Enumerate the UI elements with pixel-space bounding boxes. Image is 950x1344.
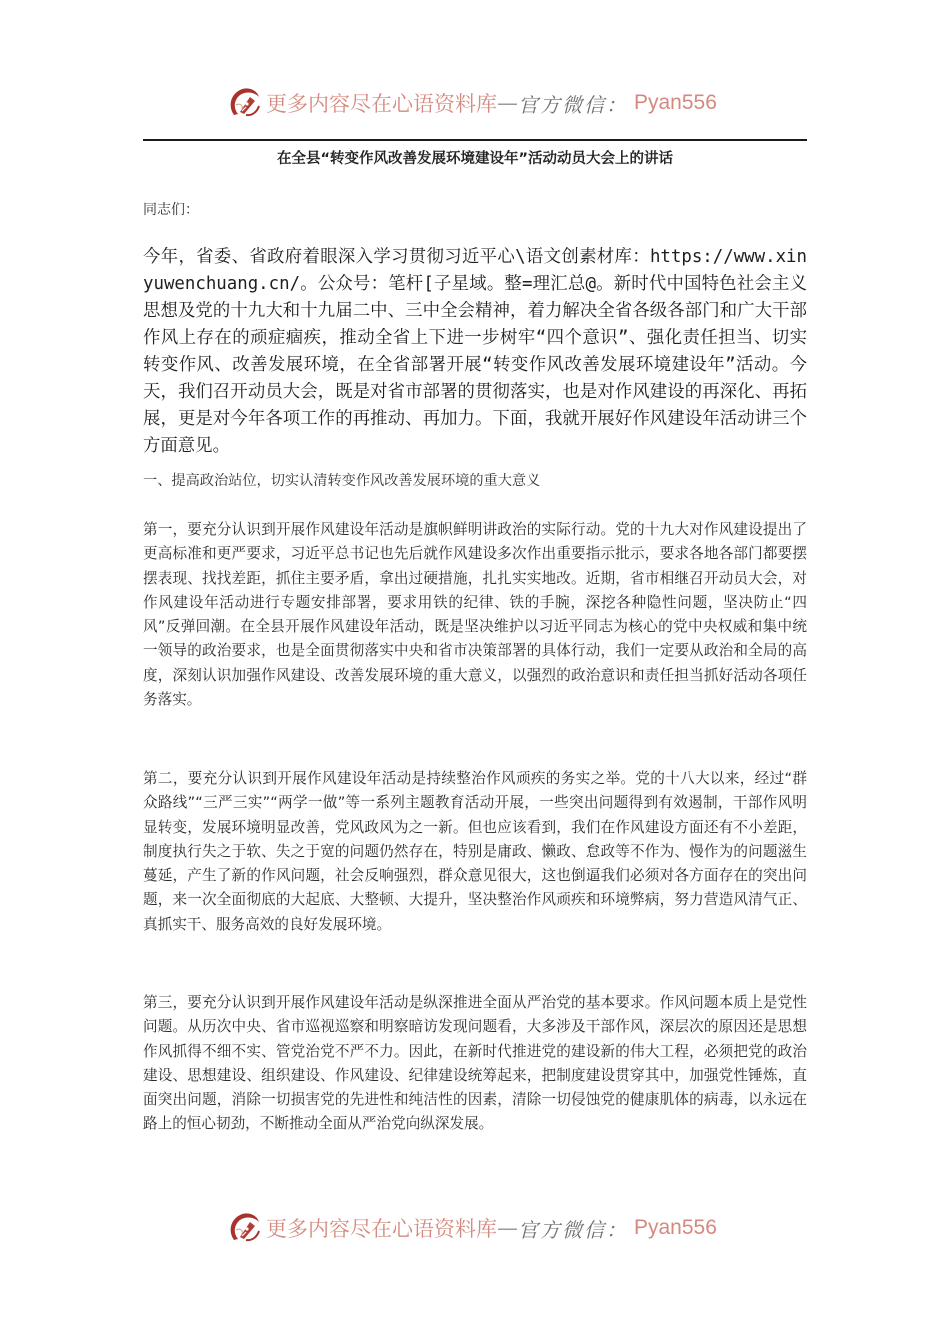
header-rule-divider <box>143 139 807 141</box>
watermark-dash: — <box>497 91 518 115</box>
watermark-wechat-label: 官方微信： <box>518 1214 628 1243</box>
pen-nib-logo-icon <box>226 85 262 121</box>
section-heading-1: 一、提高政治站位，切实认清转变作风改善发展环境的重大意义 <box>143 470 540 492</box>
watermark-wechat-label: 官方微信： <box>518 89 628 118</box>
watermark-brand-text: 更多内容尽在心语资料库 <box>266 88 497 118</box>
document-title: 在全县“转变作风改善发展环境建设年”活动动员大会上的讲话 <box>143 148 807 170</box>
watermark-wechat-id: Pyan556 <box>634 1216 717 1240</box>
pen-nib-logo-icon <box>226 1210 262 1246</box>
footer-watermark-banner: 更多内容尽在心语资料库 — 官方微信： Pyan556 <box>226 1208 717 1248</box>
header-watermark-banner: 更多内容尽在心语资料库 — 官方微信： Pyan556 <box>226 83 717 123</box>
watermark-wechat-id: Pyan556 <box>634 91 717 115</box>
intro-paragraph: 今年，省委、省政府着眼深入学习贯彻习近平心\语文创素材库：https://www… <box>143 244 807 460</box>
body-paragraph-3: 第三，要充分认识到开展作风建设年活动是纵深推进全面从严治党的基本要求。作风问题本… <box>143 991 807 1137</box>
watermark-brand-text: 更多内容尽在心语资料库 <box>266 1213 497 1243</box>
body-paragraph-1: 第一，要充分认识到开展作风建设年活动是旗帜鲜明讲政治的实际行动。党的十九大对作风… <box>143 518 807 712</box>
salutation: 同志们： <box>143 199 199 221</box>
watermark-dash: — <box>497 1216 518 1240</box>
body-paragraph-2: 第二，要充分认识到开展作风建设年活动是持续整治作风顽疾的务实之举。党的十八大以来… <box>143 767 807 937</box>
